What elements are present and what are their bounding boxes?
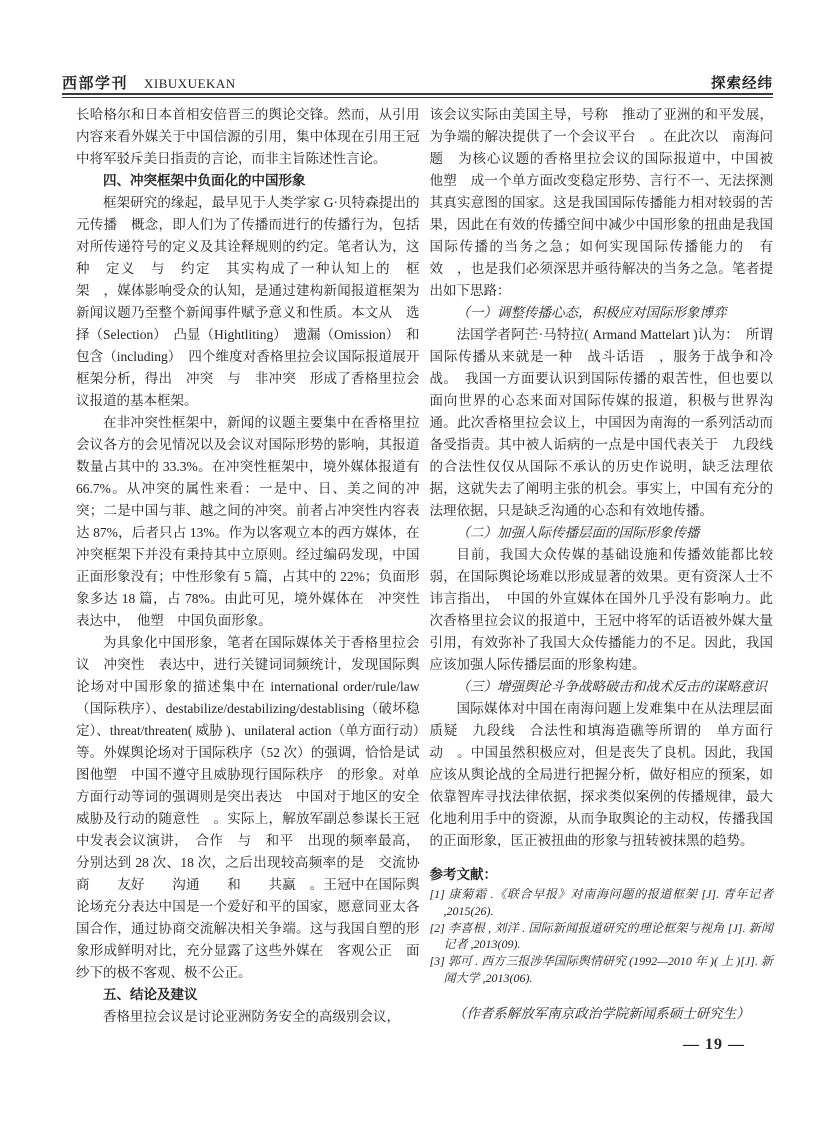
reference-item: [1] 康菊霜 .《联合早报》对南海问题的报道框架 [J]. 青年记者 ,201…	[430, 886, 774, 920]
reference-item: [3] 郭可 . 西方三报涉华国际舆情研究 (1992—2010 年 )( 上 …	[430, 953, 774, 987]
subsection-heading: （三）增强舆论斗争战略破击和战术反击的谋略意识	[430, 676, 774, 698]
references-heading: 参考文献：	[430, 864, 774, 886]
journal-name-cn: 西部学刊	[62, 72, 128, 93]
body-paragraph: 国际媒体对中国在南海问题上发难集中在从法理层面质疑 九段线 合法性和填海造礁等所…	[430, 698, 774, 852]
body-paragraph: 在非冲突性框架中，新闻的议题主要集中在香格里拉会议各方的会见情况以及会议对国际形…	[76, 412, 420, 632]
subsection-heading: （二）加强人际传播层面的国际形象传播	[430, 522, 774, 544]
right-column: 该会议实际由美国主导，号称 推动了亚洲的和平发展，为争端的解决提供了一个会议平台…	[430, 104, 774, 1028]
page-number: — 19 —	[683, 1036, 745, 1054]
body-paragraph: 框架研究的缘起，最早见于人类学家 G·贝特森提出的 元传播 概念，即人们为了传播…	[76, 192, 420, 412]
section-heading: 五、结论及建议	[76, 984, 420, 1006]
journal-page: { "colors": { "ink": "#242424", "paper":…	[0, 0, 833, 1123]
journal-masthead: 西部学刊 XIBUXUEKAN	[62, 72, 236, 93]
body-paragraph-continued: 长哈格尔和日本首相安倍晋三的舆论交锋。然而，从引用内容来看外媒关于中国信源的引用…	[76, 104, 420, 170]
body-paragraph: 法国学者阿芒·马特拉( Armand Mattelart )认为： 所谓国际传播…	[430, 324, 774, 522]
section-heading: 四、冲突框架中负面化的中国形象	[76, 170, 420, 192]
page-header: 西部学刊 XIBUXUEKAN 探索经纬	[62, 72, 773, 93]
body-paragraph: 为具象化中国形象，笔者在国际媒体关于香格里拉会议 冲突性 表达中，进行关键词词频…	[76, 632, 420, 984]
body-paragraph-continued: 该会议实际由美国主导，号称 推动了亚洲的和平发展，为争端的解决提供了一个会议平台…	[430, 104, 774, 302]
journal-name-en: XIBUXUEKAN	[144, 76, 236, 92]
body-paragraph: 目前，我国大众传媒的基础设施和传播效能都比较弱，在国际舆论场难以形成显著的效果。…	[430, 544, 774, 676]
header-double-rule	[62, 93, 773, 98]
body-paragraph: 香格里拉会议是讨论亚洲防务安全的高级别会议，	[76, 1006, 420, 1028]
section-name: 探索经纬	[711, 72, 773, 93]
article-body: 长哈格尔和日本首相安倍晋三的舆论交锋。然而，从引用内容来看外媒关于中国信源的引用…	[76, 104, 773, 1028]
author-note: （作者系解放军南京政治学院新闻系硕士研究生）	[430, 1003, 774, 1025]
reference-item: [2] 李喜根 , 刘洋 . 国际新闻报道研究的理论框架与视角 [J]. 新闻记…	[430, 920, 774, 954]
left-column: 长哈格尔和日本首相安倍晋三的舆论交锋。然而，从引用内容来看外媒关于中国信源的引用…	[76, 104, 420, 1028]
subsection-heading: （一）调整传播心态，积极应对国际形象博弈	[430, 302, 774, 324]
